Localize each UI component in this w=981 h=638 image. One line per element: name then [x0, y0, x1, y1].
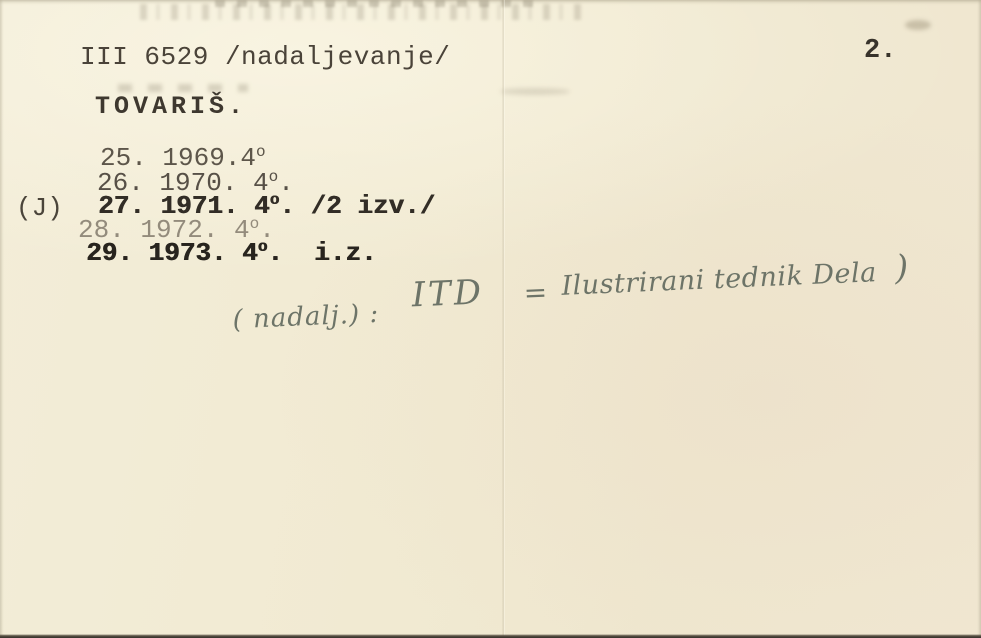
handwritten-abbreviation: ITD [411, 272, 485, 315]
volume-text-post: . i.z. [267, 238, 376, 268]
handwritten-expansion: Ilustrirani tednik Dela [561, 257, 878, 302]
handwritten-equals-sign: = [523, 276, 548, 310]
page-number: 2. [864, 38, 896, 65]
volume-text-post: . /2 izv./ [279, 191, 435, 221]
format-superscript: o [256, 144, 266, 160]
faded-smudge-center [500, 88, 570, 95]
volume-line-1973: 29. 1973. 4o. i.z. [86, 240, 376, 266]
call-number-line: III 6529 /nadaljevanje/ [80, 44, 450, 70]
spacer [209, 42, 225, 72]
top-edge-ghost-text-2 [215, 0, 545, 7]
call-number: III 6529 [80, 42, 209, 72]
handwritten-prefix: ( nadalj.) : [232, 299, 380, 335]
format-superscript: o [269, 169, 279, 185]
handwritten-close-paren: ) [894, 248, 909, 289]
volume-text: 29. 1973. 4 [86, 238, 258, 268]
format-superscript: o [250, 216, 260, 232]
card-title: TOVARIŠ. [95, 94, 247, 119]
top-right-smudge [905, 20, 931, 30]
margin-mark-J: (J) [16, 195, 63, 221]
continuation-note: /nadaljevanje/ [225, 42, 450, 72]
format-superscript: o [270, 192, 280, 208]
catalog-card: III 6529 /nadaljevanje/ 2. TOVARIŠ. 25. … [0, 0, 981, 638]
scan-bottom-edge [0, 634, 981, 638]
format-superscript: o [258, 239, 268, 255]
faded-smudge-above-title [118, 84, 248, 92]
